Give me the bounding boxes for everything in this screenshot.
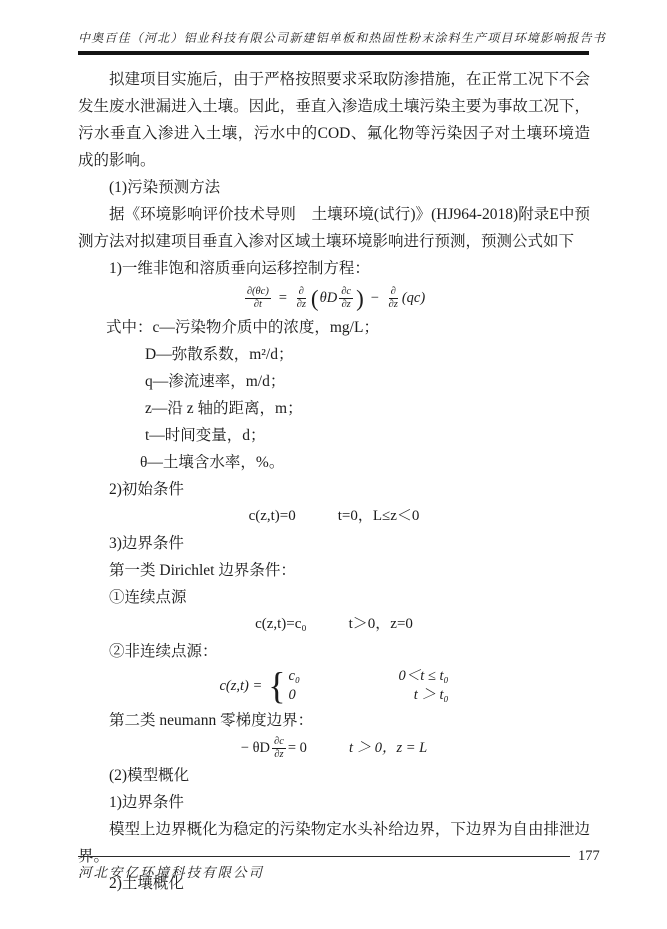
subsection-boundary-condition: 1)边界条件 [78,789,590,816]
equation-prefix: − θD [241,735,270,762]
equals-sign: = [278,285,288,312]
equation-piecewise-source: c(z,t) = { c₀ 0＜t ≤ t₀ 0 t ＞ t₀ [78,665,590,707]
symbol-definition: z—沿 z 轴的距离，m； [78,395,590,422]
left-paren: ( [311,287,319,310]
symbol-definition: 式中：c—污染物介质中的浓度，mg/L； [78,314,590,341]
qc-term: (qc) [402,285,425,312]
fraction: ∂c∂z [339,286,353,310]
symbol-definition: θ—土壤含水率，%。 [78,449,590,476]
symbol-definition: q—渗流速率，m/d； [78,368,590,395]
equation-lhs: c(z,t) = [219,673,262,700]
page-header: 中奥百佳（河北）铝业科技有限公司新建铝单板和热固性粉末涂料生产项目环境影响报告书 [0,0,667,55]
case-value: c₀ [289,667,300,686]
equation-condition: t＞0，z=0 [349,611,413,638]
equation-condition: t=0，L≤z＜0 [338,503,420,530]
equation-label-governing: 1)一维非饱和溶质垂向运移控制方程： [78,255,590,282]
piecewise-case: c₀ 0＜t ≤ t₀ [289,667,449,686]
section-heading-boundary-condition: 3)边界条件 [78,530,590,557]
page-number: 177 [578,848,600,865]
case-condition: t ＞ t₀ [414,686,449,705]
symbol-definition: D—弥散系数，m²/d； [78,341,590,368]
discontinuous-source-label: ②非连续点源： [78,638,590,665]
equation-rhs: = 0 [288,735,307,762]
piecewise-cases: c₀ 0＜t ≤ t₀ 0 t ＞ t₀ [289,667,449,705]
equation-lhs: c(z,t)=0 [249,503,296,530]
case-value: 0 [289,686,296,705]
section-heading-prediction-method: (1)污染预测方法 [78,174,590,201]
neumann-boundary-label: 第二类 neumann 零梯度边界： [78,707,590,734]
document-body: 拟建项目实施后，由于严格按照要求采取防渗措施，在正常工况下不会发生废水泄漏进入土… [78,55,590,897]
fraction: ∂∂z [295,286,308,310]
fraction: ∂c∂z [272,736,286,760]
paragraph-standard-reference: 据《环境影响评价技术导则 土壤环境(试行)》(HJ964-2018)附录E中预测… [78,201,590,255]
dirichlet-boundary-label: 第一类 Dirichlet 边界条件： [78,557,590,584]
piecewise-case: 0 t ＞ t₀ [289,686,449,705]
document-page: 中奥百佳（河北）铝业科技有限公司新建铝单板和热固性粉末涂料生产项目环境影响报告书… [0,0,667,929]
section-heading-model-generalization: (2)模型概化 [78,762,590,789]
symbol-definition: t—时间变量，d； [78,422,590,449]
theta-d-term: θD [320,285,338,312]
equation-continuous-source: c(z,t)=c₀ t＞0，z=0 [78,611,590,638]
section-heading-initial-condition: 2)初始条件 [78,476,590,503]
equation-neumann: − θD ∂c∂z = 0 t ＞ 0，z = L [78,734,590,762]
equation-condition: t ＞ 0，z = L [349,735,427,762]
equation-governing: ∂(θc)∂t = ∂∂z ( θD ∂c∂z ) − ∂∂z (qc) [78,282,590,314]
minus-sign: − [370,285,380,312]
fraction: ∂(θc)∂t [245,286,271,310]
right-paren: ) [356,287,364,310]
equation-initial-condition: c(z,t)=0 t=0，L≤z＜0 [78,503,590,530]
header-title: 中奥百佳（河北）铝业科技有限公司新建铝单板和热固性粉末涂料生产项目环境影响报告书 [78,30,589,46]
continuous-source-label: ①连续点源 [78,584,590,611]
paragraph-intro: 拟建项目实施后，由于严格按照要求采取防渗措施，在正常工况下不会发生废水泄漏进入土… [78,66,590,174]
case-condition: 0＜t ≤ t₀ [398,667,448,686]
equation-lhs: c(z,t)=c₀ [255,611,307,638]
footer-rule [78,856,570,857]
footer-company-name: 河北安亿环境科技有限公司 [78,861,264,881]
fraction: ∂∂z [387,286,400,310]
left-brace: { [268,667,285,705]
